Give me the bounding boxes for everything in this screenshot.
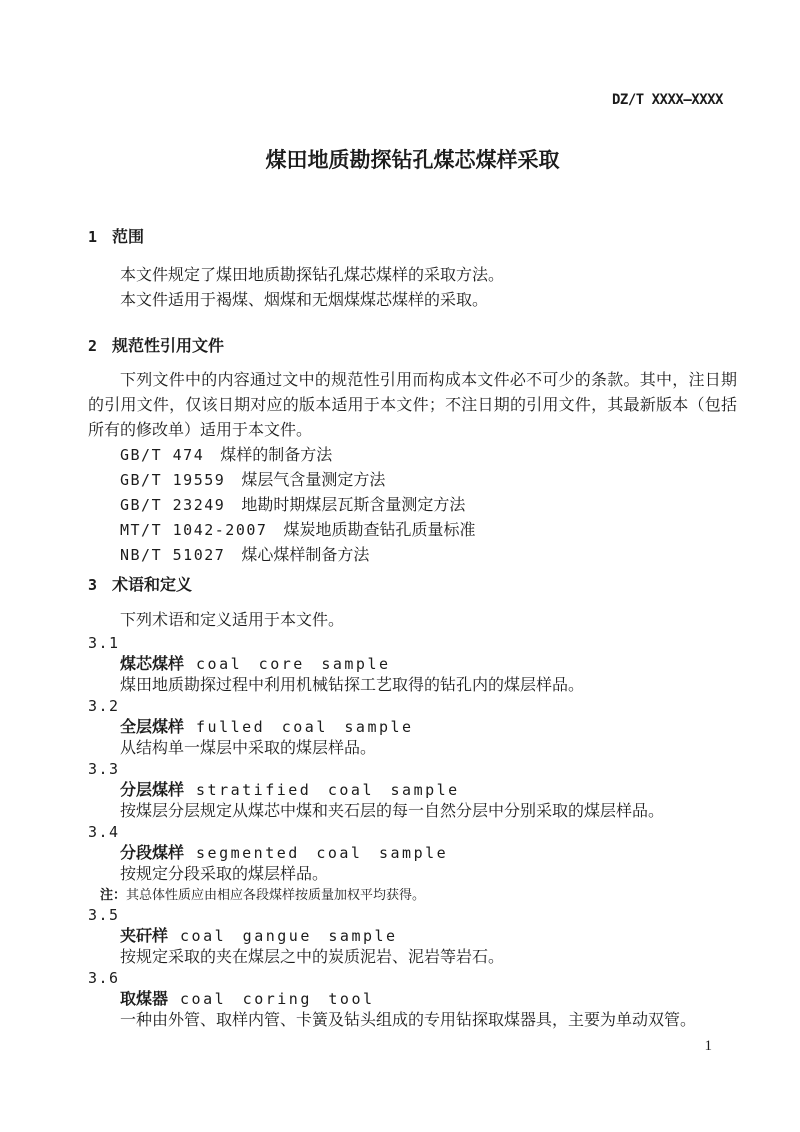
term-block: 3.4 分段煤样segmented coal sample 按规定分段采取的煤层… [88, 822, 737, 905]
reference-item: NB/T 51027煤心煤样制备方法 [88, 543, 737, 568]
term-name-zh: 分层煤样 [120, 782, 184, 799]
term-block: 3.6 取煤器coal coring tool 一种由外管、取样内管、卡簧及钻头… [88, 968, 737, 1031]
term-number: 3.4 [88, 822, 737, 843]
term-definition: 按规定分段采取的煤层样品。 [88, 864, 737, 885]
term-number: 3.3 [88, 759, 737, 780]
term-block: 3.5 夹矸样coal gangue sample 按规定采取的夹在煤层之中的炭… [88, 905, 737, 968]
page-content: DZ/T XXXX—XXXX 煤田地质勘探钻孔煤芯煤样采取 1范围 本文件规定了… [0, 0, 800, 1031]
term-name-line: 分段煤样segmented coal sample [88, 843, 737, 864]
term-name-en: coal gangue sample [180, 927, 398, 945]
term-name-zh: 取煤器 [120, 991, 168, 1008]
term-note: 注：其总体性质应由相应各段煤样按质量加权平均获得。 [88, 885, 737, 905]
reference-code: GB/T 474 [120, 446, 204, 464]
page-number: 1 [705, 1036, 713, 1056]
reference-title: 地勘时期煤层瓦斯含量测定方法 [241, 497, 465, 514]
term-name-zh: 全层煤样 [120, 719, 184, 736]
note-label: 注： [100, 887, 126, 902]
term-block: 3.2 全层煤样fulled coal sample 从结构单一煤层中采取的煤层… [88, 696, 737, 759]
term-name-line: 全层煤样fulled coal sample [88, 717, 737, 738]
document-page: DZ/T XXXX—XXXX 煤田地质勘探钻孔煤芯煤样采取 1范围 本文件规定了… [0, 0, 800, 1132]
reference-item: MT/T 1042-2007煤炭地质勘查钻孔质量标准 [88, 518, 737, 543]
section-number: 3 [88, 576, 97, 594]
reference-title: 煤炭地质勘查钻孔质量标准 [283, 522, 475, 539]
term-name-zh: 夹矸样 [120, 928, 168, 945]
section-title: 范围 [112, 229, 144, 246]
term-block: 3.3 分层煤样stratified coal sample 按煤层分层规定从煤… [88, 759, 737, 822]
term-number: 3.1 [88, 633, 737, 654]
term-definition: 按煤层分层规定从煤芯中煤和夹石层的每一自然分层中分别采取的煤层样品。 [88, 801, 737, 822]
reference-code: GB/T 19559 [120, 471, 225, 489]
reference-code: NB/T 51027 [120, 546, 225, 564]
reference-list: GB/T 474煤样的制备方法 GB/T 19559煤层气含量测定方法 GB/T… [88, 443, 737, 568]
term-name-line: 煤芯煤样coal core sample [88, 654, 737, 675]
term-number: 3.6 [88, 968, 737, 989]
term-name-line: 分层煤样stratified coal sample [88, 780, 737, 801]
term-name-line: 夹矸样coal gangue sample [88, 926, 737, 947]
reference-title: 煤层气含量测定方法 [241, 472, 385, 489]
reference-title: 煤样的制备方法 [220, 447, 332, 464]
term-block: 3.1 煤芯煤样coal core sample 煤田地质勘探过程中利用机械钻探… [88, 633, 737, 696]
term-name-line: 取煤器coal coring tool [88, 989, 737, 1010]
note-text: 其总体性质应由相应各段煤样按质量加权平均获得。 [126, 887, 425, 902]
term-number: 3.5 [88, 905, 737, 926]
standard-code: DZ/T XXXX—XXXX [88, 90, 723, 110]
term-name-en: stratified coal sample [196, 781, 460, 799]
terms-intro: 下列术语和定义适用于本文件。 [88, 608, 737, 633]
term-name-zh: 分段煤样 [120, 845, 184, 862]
section-number: 2 [88, 337, 97, 355]
reference-code: MT/T 1042-2007 [120, 521, 267, 539]
scope-paragraph: 本文件适用于褐煤、烟煤和无烟煤煤芯煤样的采取。 [88, 288, 737, 313]
reference-item: GB/T 474煤样的制备方法 [88, 443, 737, 468]
reference-item: GB/T 23249地勘时期煤层瓦斯含量测定方法 [88, 493, 737, 518]
term-definition: 从结构单一煤层中采取的煤层样品。 [88, 738, 737, 759]
reference-code: GB/T 23249 [120, 496, 225, 514]
term-definition: 煤田地质勘探过程中利用机械钻探工艺取得的钻孔内的煤层样品。 [88, 675, 737, 696]
term-name-en: coal core sample [196, 655, 391, 673]
section-heading-scope: 1范围 [88, 226, 737, 249]
section-title: 规范性引用文件 [112, 338, 224, 355]
scope-paragraph: 本文件规定了煤田地质勘探钻孔煤芯煤样的采取方法。 [88, 263, 737, 288]
section-title: 术语和定义 [112, 577, 192, 594]
term-number: 3.2 [88, 696, 737, 717]
term-name-en: coal coring tool [180, 990, 375, 1008]
section-heading-terms: 3术语和定义 [88, 574, 737, 597]
references-intro: 下列文件中的内容通过文中的规范性引用而构成本文件必不可少的条款。其中，注日期的引… [88, 368, 737, 443]
term-definition: 按规定采取的夹在煤层之中的炭质泥岩、泥岩等岩石。 [88, 947, 737, 968]
document-title: 煤田地质勘探钻孔煤芯煤样采取 [88, 146, 737, 176]
term-name-en: segmented coal sample [196, 844, 448, 862]
section-heading-references: 2规范性引用文件 [88, 335, 737, 358]
reference-title: 煤心煤样制备方法 [241, 547, 369, 564]
reference-item: GB/T 19559煤层气含量测定方法 [88, 468, 737, 493]
section-number: 1 [88, 228, 97, 246]
term-name-en: fulled coal sample [196, 718, 414, 736]
term-definition: 一种由外管、取样内管、卡簧及钻头组成的专用钻探取煤器具，主要为单动双管。 [88, 1010, 737, 1031]
term-name-zh: 煤芯煤样 [120, 656, 184, 673]
